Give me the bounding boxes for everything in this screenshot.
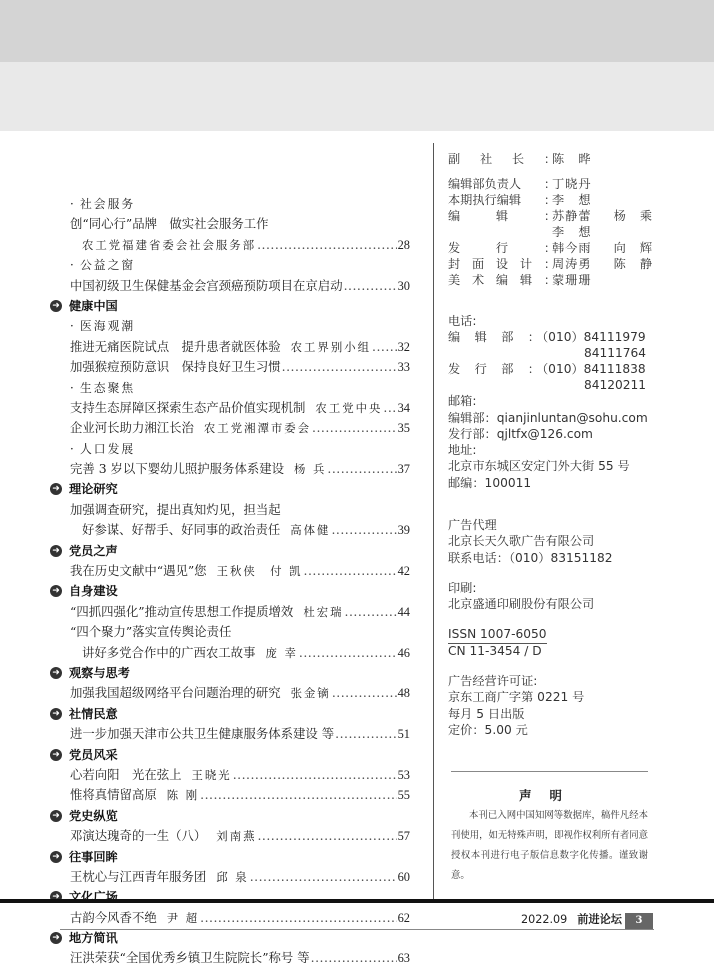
dot-leader (327, 459, 396, 479)
toc-entry[interactable]: 邓演达瑰奇的一生（八）刘南燕57 (50, 826, 410, 846)
entry-title: 企业河长助力湘江长治 (70, 418, 194, 438)
field-label (448, 224, 552, 240)
header-band-lower (0, 62, 714, 131)
bullet-icon: · (70, 378, 80, 398)
section-label: 自身建设 (69, 584, 118, 598)
phone-row: 84120211 (448, 377, 678, 393)
staff-name: 杨 乘 (614, 208, 654, 224)
staff-name: 陈 静 (614, 256, 654, 272)
column-divider (433, 143, 434, 900)
printer-heading: 印刷: (448, 580, 678, 596)
entry-author: 杜宏瑞 (303, 602, 343, 622)
field-label (448, 377, 536, 393)
arrow-right-circle-icon: ➜ (50, 708, 62, 720)
entry-title: “四抓四强化”推动宣传思想工作提质增效 (70, 602, 293, 622)
staff-row: 李 想 (448, 224, 678, 240)
entry-author: 农工党湘潭市委会 (204, 418, 311, 438)
field-label: 美术编辑： (448, 272, 552, 288)
address-heading: 地址: (448, 442, 678, 458)
section-label: 观察与思考 (69, 666, 130, 680)
entry-title: 邓演达瑰奇的一生（八） (70, 826, 206, 846)
license: 京东工商广字第 0221 号 (448, 689, 678, 705)
staff-name: 李 想 (552, 224, 592, 240)
staff-name: 韩今雨 (552, 240, 592, 256)
entry-author: 尹 超 (167, 908, 199, 928)
dot-leader (345, 602, 397, 622)
masthead-contact: 电话: 编辑部：（010）8411197984111764发行部：（010）84… (448, 313, 678, 491)
ad-agent: 北京长天久歌广告有限公司 (448, 533, 678, 549)
entry-page-number: 57 (398, 826, 410, 846)
entry-title: 中国初级卫生保健基金会宫颈癌预防项目在京启动 (70, 276, 343, 296)
staff-row: 发行：韩今雨向 辉 (448, 240, 678, 256)
notice-divider (451, 771, 648, 772)
subsection-label: 公益之窗 (80, 258, 135, 272)
staff-row: 封面设计：周涛勇陈 静 (448, 256, 678, 272)
toc-entry[interactable]: 完善 3 岁以下婴幼儿照护服务体系建设杨 兵37 (50, 459, 410, 479)
toc-entry[interactable]: 加强我国超级网络平台问题治理的研究张金镝48 (50, 683, 410, 703)
entry-title: 加强调查研究，提出真知灼见，担当起 (70, 500, 281, 520)
entry-title: 我在历史文献中“遇见”您 (70, 561, 207, 581)
field-label: 编辑部负责人： (448, 176, 552, 192)
entry-page-number: 28 (398, 235, 410, 255)
toc-section: ➜社情民意 (50, 704, 410, 724)
staff-name: 陈 晔 (552, 151, 592, 167)
dot-leader (250, 867, 397, 887)
entry-page-number: 39 (398, 520, 410, 540)
dot-leader (311, 948, 397, 967)
dot-leader (282, 357, 397, 377)
field-label: 发行部： (448, 361, 536, 377)
masthead-business: 广告代理 北京长天久歌广告有限公司 联系电话：（010）83151182 印刷:… (448, 517, 678, 738)
entry-page-number: 37 (398, 459, 410, 479)
toc-entry[interactable]: 加强猴痘预防意识 保持良好卫生习惯33 (50, 357, 410, 377)
entry-author: 农工党中央 (315, 398, 382, 418)
phone-number: 84120211 (584, 377, 646, 393)
toc-section: ➜往事回眸 (50, 847, 410, 867)
toc-entry[interactable]: 王枕心与江西青年服务团邱 泉60 (50, 867, 410, 887)
arrow-right-circle-icon: ➜ (50, 667, 62, 679)
staff-name: 周涛勇 (552, 256, 592, 272)
field-label (448, 345, 536, 361)
toc-entry[interactable]: 农工党福建省委会社会服务部28 (50, 235, 410, 255)
phone-number: （010）84111979 (536, 329, 646, 345)
entry-title: 进一步加强天津市公共卫生健康服务体系建设 等 (70, 724, 334, 744)
printer: 北京盛通印刷股份有限公司 (448, 596, 678, 612)
entry-page-number: 35 (398, 418, 410, 438)
toc-section: ➜党员之声 (50, 541, 410, 561)
toc-entry[interactable]: 企业河长助力湘江长治农工党湘潭市委会35 (50, 418, 410, 438)
entry-title: 创“同心行”品牌 做实社会服务工作 (70, 214, 269, 234)
entry-author: 陈 刚 (167, 785, 199, 805)
toc-section: ➜文化广场 (50, 887, 410, 907)
phone-row: 编辑部：（010）84111979 (448, 329, 678, 345)
price: 定价：5.00 元 (448, 722, 678, 738)
phone-number: 84111764 (584, 345, 646, 361)
staff-name: 苏静蕾 (552, 208, 592, 224)
ad-phone: 联系电话：（010）83151182 (448, 550, 678, 566)
phone-row: 84111764 (448, 345, 678, 361)
entry-page-number: 30 (398, 276, 410, 296)
toc-section: ➜地方简讯 (50, 928, 410, 948)
entry-author: 杨 兵 (294, 459, 326, 479)
toc-entry[interactable]: 惟将真情留高原陈 刚55 (50, 785, 410, 805)
dot-leader (372, 337, 397, 357)
field-label: 发行： (448, 240, 552, 256)
toc-entry[interactable]: 中国初级卫生保健基金会宫颈癌预防项目在京启动30 (50, 276, 410, 296)
section-label: 党员风采 (69, 748, 118, 762)
ad-agent-heading: 广告代理 (448, 517, 678, 533)
staff-name: 蒙珊珊 (552, 272, 592, 288)
dot-leader (335, 724, 396, 744)
phone-list: 编辑部：（010）8411197984111764发行部：（010）841118… (448, 329, 678, 393)
dot-leader (344, 276, 397, 296)
entry-title: 古韵今风香不绝 (70, 908, 157, 928)
table-of-contents: ·社会服务创“同心行”品牌 做实社会服务工作农工党福建省委会社会服务部28·公益… (50, 194, 410, 967)
subsection-label: 人口发展 (80, 442, 135, 456)
arrow-right-circle-icon: ➜ (50, 483, 62, 495)
entry-page-number: 33 (398, 357, 410, 377)
footer-rule-thick (0, 899, 714, 903)
toc-subsection: ·人口发展 (50, 439, 410, 459)
entry-author: 农工界别小组 (291, 337, 371, 357)
email-editorial: 编辑部：qianjinluntan@sohu.com (448, 410, 678, 426)
arrow-right-circle-icon: ➜ (50, 585, 62, 597)
field-label: 封面设计： (448, 256, 552, 272)
entry-page-number: 34 (398, 398, 410, 418)
entry-author: 王秋侠 付 凯 (217, 561, 303, 581)
entry-page-number: 42 (398, 561, 410, 581)
arrow-right-circle-icon: ➜ (50, 300, 62, 312)
arrow-right-circle-icon: ➜ (50, 810, 62, 822)
entry-title: 心若向阳 光在弦上 (70, 765, 182, 785)
staff-name: 向 辉 (614, 240, 654, 256)
field-label: 编辑： (448, 208, 552, 224)
toc-entry[interactable]: 支持生态屏障区探索生态产品价值实现机制农工党中央34 (50, 398, 410, 418)
footer-rule-thin (60, 929, 654, 930)
toc-entry[interactable]: 心若向阳 光在弦上王晓光53 (50, 765, 410, 785)
entry-page-number: 62 (398, 908, 410, 928)
staff-row: 编辑：苏静蕾杨 乘 (448, 208, 678, 224)
section-label: 党员之声 (69, 544, 118, 558)
section-label: 健康中国 (69, 299, 118, 313)
entry-page-number: 55 (398, 785, 410, 805)
subsection-label: 生态聚焦 (80, 381, 135, 395)
staff-row: 副社长：陈 晔 (448, 151, 678, 167)
toc-entry[interactable]: 进一步加强天津市公共卫生健康服务体系建设 等51 (50, 724, 410, 744)
toc-section: ➜健康中国 (50, 296, 410, 316)
entry-title: 完善 3 岁以下婴幼儿照护服务体系建设 (70, 459, 284, 479)
notice-body: 本刊已入网中国知网等数据库，稿件凡经本刊使用，如无特殊声明，即视作权利所有者同意… (451, 806, 648, 886)
dot-leader (312, 418, 397, 438)
entry-page-number: 51 (398, 724, 410, 744)
phone-row: 发行部：（010）84111838 (448, 361, 678, 377)
toc-entry[interactable]: 讲好多党合作中的广西农工故事庞 幸46 (50, 643, 410, 663)
bullet-icon: · (70, 316, 80, 336)
toc-entry[interactable]: 推进无痛医院试点 提升患者就医体验农工界别小组32 (50, 337, 410, 357)
toc-section: ➜自身建设 (50, 581, 410, 601)
field-label: 编辑部： (448, 329, 536, 345)
schedule: 每月 5 日出版 (448, 706, 678, 722)
toc-section: ➜党史纵览 (50, 806, 410, 826)
staff-row: 本期执行编辑：李 想 (448, 192, 678, 208)
subsection-label: 医海观潮 (80, 319, 135, 333)
section-label: 理论研究 (69, 482, 118, 496)
entry-page-number: 60 (398, 867, 410, 887)
arrow-right-circle-icon: ➜ (50, 851, 62, 863)
section-label: 社情民意 (69, 707, 118, 721)
entry-title: 推进无痛医院试点 提升患者就医体验 (70, 337, 281, 357)
toc-entry[interactable]: 汪洪荣获“全国优秀乡镇卫生院院长”称号 等63 (50, 948, 410, 967)
phone-number: （010）84111838 (536, 361, 646, 377)
entry-title: 支持生态屏障区探索生态产品价值实现机制 (70, 398, 305, 418)
cn-number: CN 11-3454 / D (448, 643, 678, 659)
entry-author: 庞 幸 (265, 643, 297, 663)
toc-entry[interactable]: 好参谋、好帮手、好同事的政治责任高体健39 (50, 520, 410, 540)
arrow-right-circle-icon: ➜ (50, 932, 62, 944)
field-label: 副社长： (448, 151, 552, 167)
entry-page-number: 53 (398, 765, 410, 785)
email-distribution: 发行部：qjltfx@126.com (448, 426, 678, 442)
toc-section: ➜观察与思考 (50, 663, 410, 683)
entry-page-number: 32 (398, 337, 410, 357)
staff-row: 编辑部负责人：丁晓丹 (448, 176, 678, 192)
entry-title: 好参谋、好帮手、好同事的政治责任 (82, 520, 280, 540)
staff-name: 李 想 (552, 192, 592, 208)
dot-leader (200, 785, 396, 805)
staff-row: 美术编辑：蒙珊珊 (448, 272, 678, 288)
bullet-icon: · (70, 255, 80, 275)
section-label: 往事回眸 (69, 850, 118, 864)
dot-leader (332, 683, 397, 703)
dot-leader (200, 908, 396, 928)
entry-page-number: 44 (398, 602, 410, 622)
toc-subsection: ·医海观潮 (50, 316, 410, 336)
dot-leader (257, 235, 397, 255)
email-heading: 邮箱: (448, 393, 678, 409)
entry-title: 加强我国超级网络平台问题治理的研究 (70, 683, 281, 703)
dot-leader (233, 765, 397, 785)
entry-title: 加强猴痘预防意识 保持良好卫生习惯 (70, 357, 281, 377)
dot-leader (304, 561, 397, 581)
entry-author: 高体健 (290, 520, 330, 540)
section-label: 党史纵览 (69, 809, 118, 823)
toc-subsection: ·社会服务 (50, 194, 410, 214)
entry-author: 张金镝 (291, 683, 331, 703)
magazine-name: 前进论坛 (577, 912, 622, 926)
notice-title: 声明 (451, 786, 648, 804)
arrow-right-circle-icon: ➜ (50, 749, 62, 761)
staff-name: 丁晓丹 (552, 176, 592, 192)
toc-entry[interactable]: 古韵今风香不绝尹 超62 (50, 908, 410, 928)
license-heading: 广告经营许可证: (448, 673, 678, 689)
masthead-staff: 副社长：陈 晔编辑部负责人：丁晓丹本期执行编辑：李 想编辑：苏静蕾杨 乘李 想发… (448, 151, 678, 288)
field-label: 本期执行编辑： (448, 192, 552, 208)
toc-entry[interactable]: “四抓四强化”推动宣传思想工作提质增效杜宏瑞44 (50, 602, 410, 622)
toc-entry[interactable]: “四个聚力”落实宣传舆论责任 (50, 622, 410, 642)
toc-section: ➜党员风采 (50, 745, 410, 765)
subsection-label: 社会服务 (80, 197, 135, 211)
page-number: 3 (625, 913, 653, 929)
toc-section: ➜理论研究 (50, 479, 410, 499)
dot-leader (257, 826, 396, 846)
issue-date: 2022.09 (521, 913, 567, 926)
entry-author: 邱 泉 (216, 867, 248, 887)
header-band-top (0, 0, 714, 62)
toc-entry[interactable]: 加强调查研究，提出真知灼见，担当起 (50, 500, 410, 520)
entry-page-number: 46 (398, 643, 410, 663)
entry-author: 农工党福建省委会社会服务部 (82, 235, 256, 255)
entry-author: 刘南燕 (216, 826, 256, 846)
toc-subsection: ·公益之窗 (50, 255, 410, 275)
issn: ISSN 1007-6050 (448, 626, 547, 643)
bullet-icon: · (70, 439, 80, 459)
toc-entry[interactable]: 创“同心行”品牌 做实社会服务工作 (50, 214, 410, 234)
address: 北京市东城区安定门外大街 55 号 (448, 458, 678, 474)
arrow-right-circle-icon: ➜ (50, 545, 62, 557)
phone-heading: 电话: (448, 313, 678, 329)
entry-title: 惟将真情留高原 (70, 785, 157, 805)
dot-leader (383, 398, 396, 418)
entry-page-number: 63 (398, 948, 410, 967)
entry-author: 王晓光 (192, 765, 232, 785)
dot-leader (299, 643, 397, 663)
postcode: 邮编：100011 (448, 475, 678, 491)
entry-page-number: 48 (398, 683, 410, 703)
footer-issue-info: 2022.09前进论坛 (521, 911, 622, 927)
entry-title: 汪洪荣获“全国优秀乡镇卫生院院长”称号 等 (70, 948, 310, 967)
dot-leader (331, 520, 396, 540)
section-label: 地方简讯 (69, 931, 118, 945)
entry-title: 王枕心与江西青年服务团 (70, 867, 206, 887)
entry-title: “四个聚力”落实宣传舆论责任 (70, 622, 231, 642)
entry-title: 讲好多党合作中的广西农工故事 (82, 643, 255, 663)
toc-subsection: ·生态聚焦 (50, 378, 410, 398)
bullet-icon: · (70, 194, 80, 214)
toc-entry[interactable]: 我在历史文献中“遇见”您王秋侠 付 凯42 (50, 561, 410, 581)
